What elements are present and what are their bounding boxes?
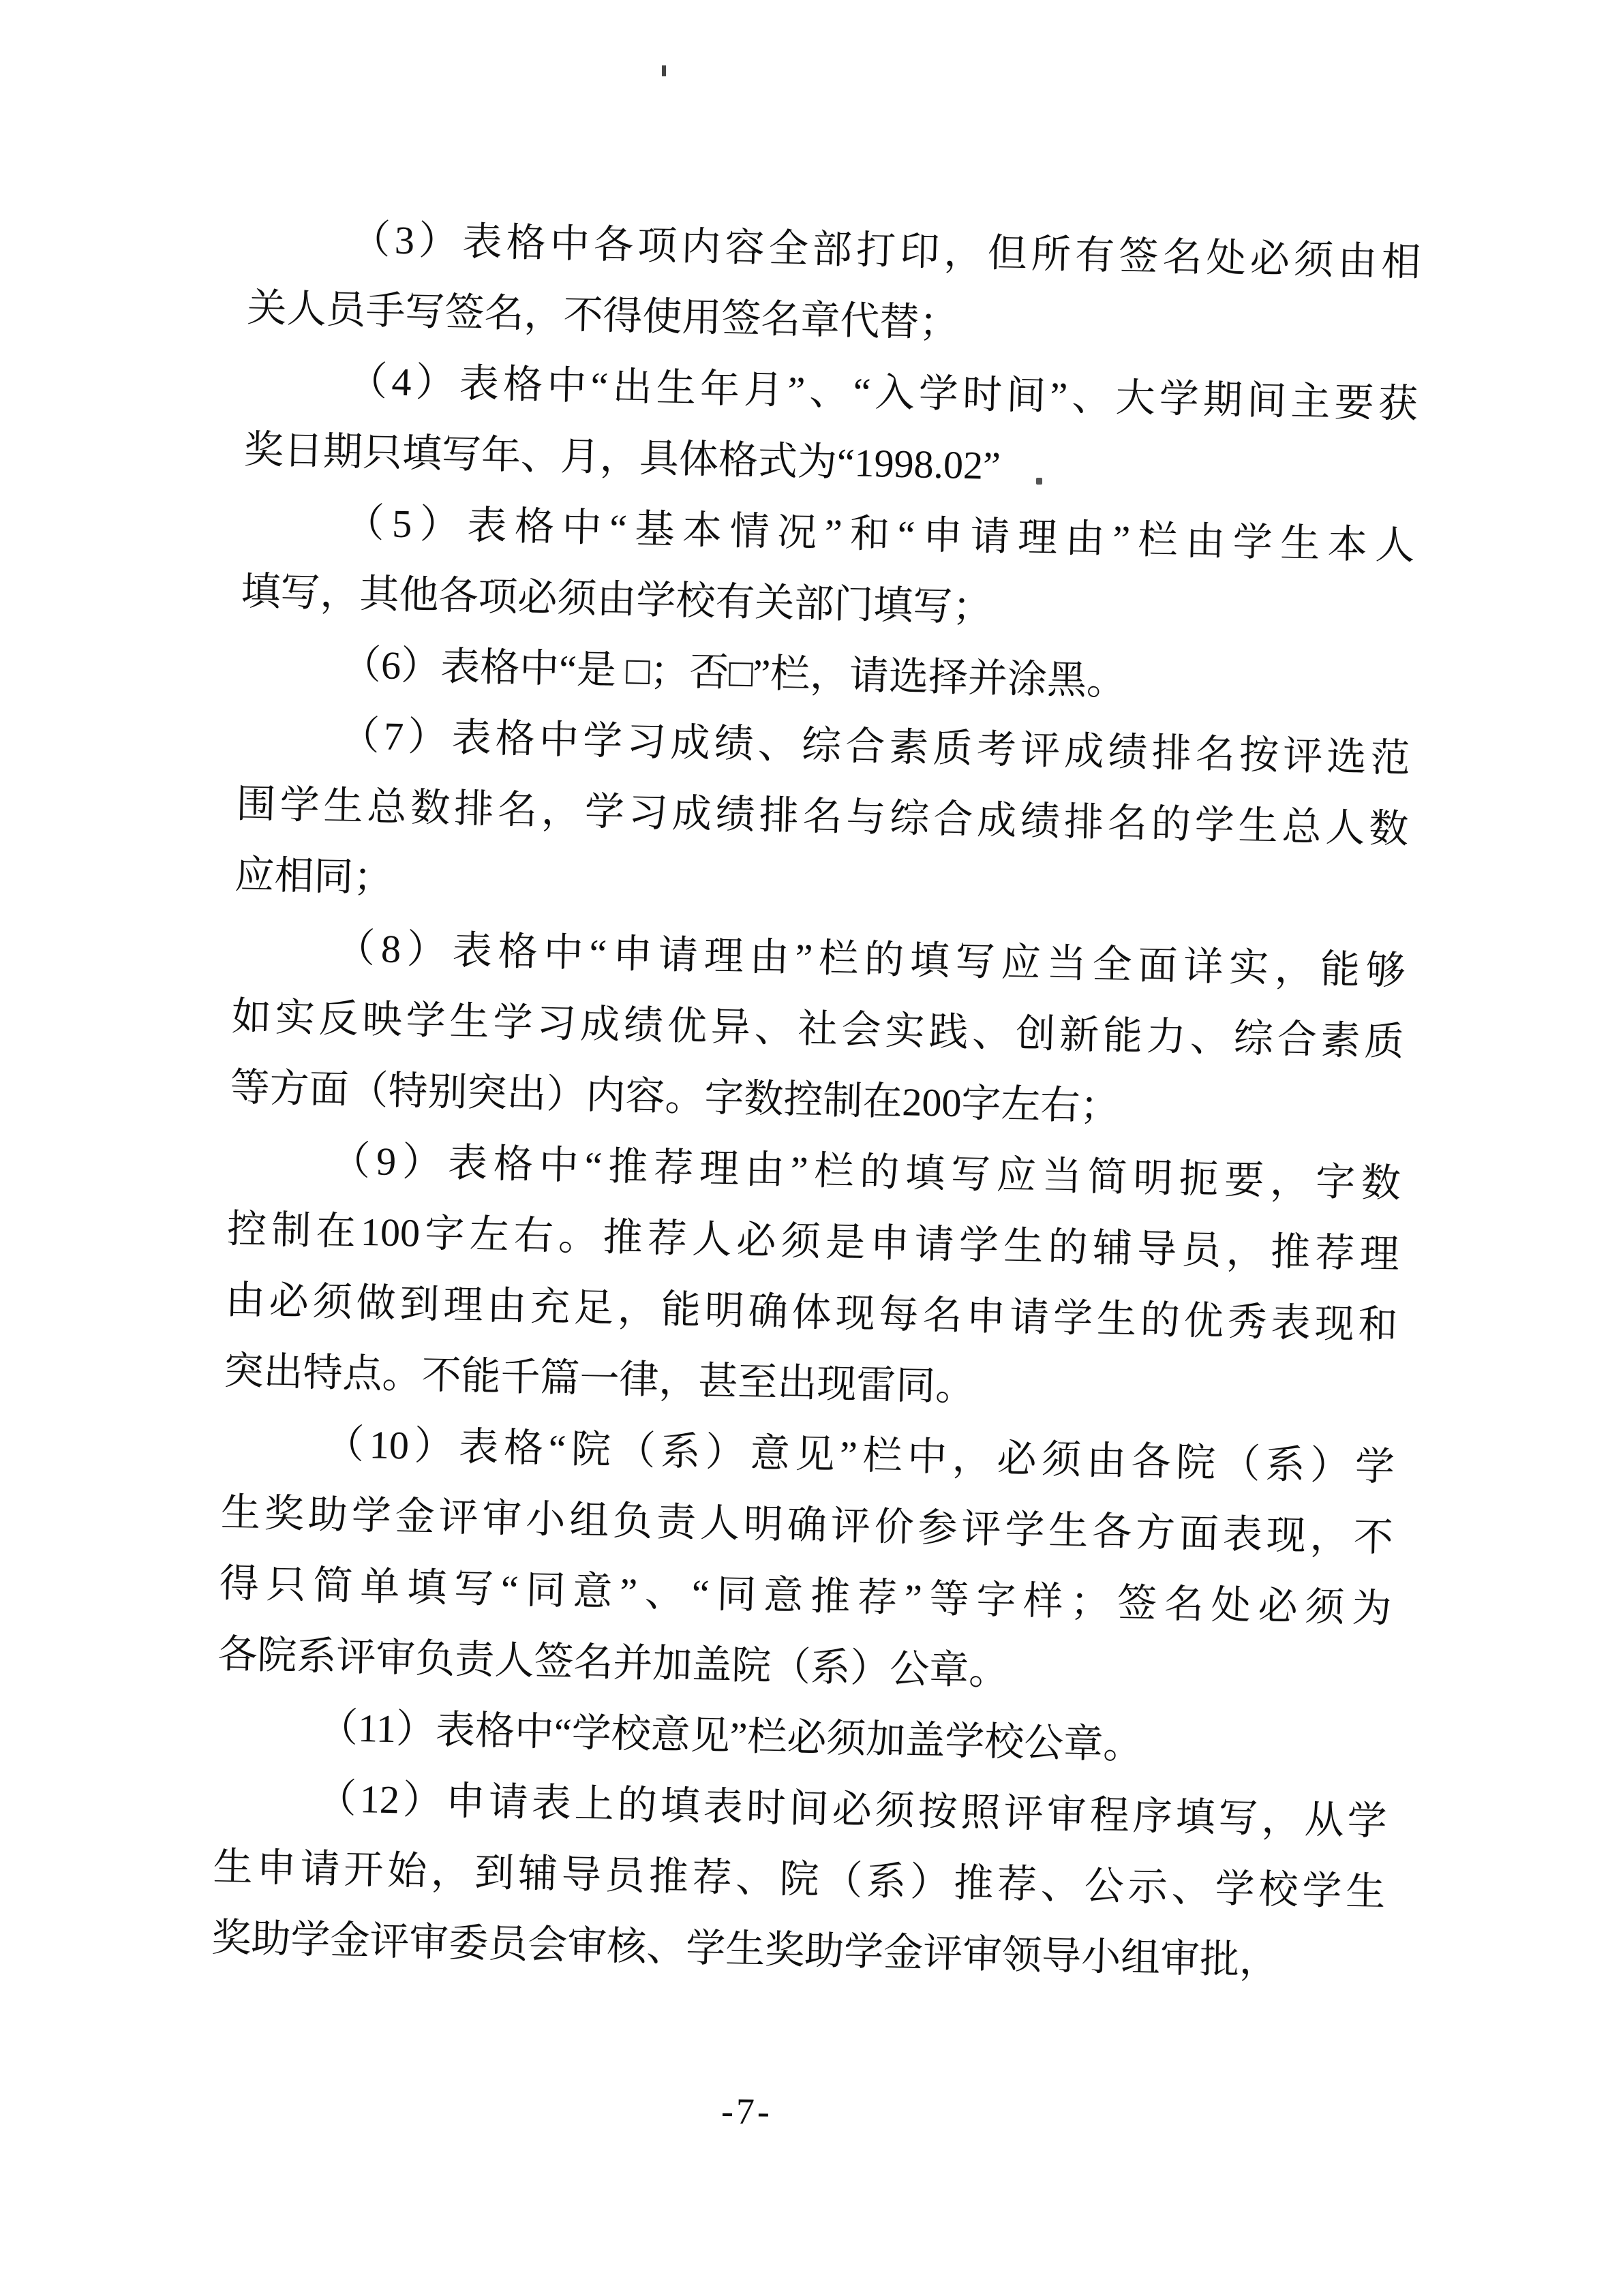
document-text: （3）表格中各项内容全部打印，但所有签名处必须由相关人员手写签名，不得使用签名章… xyxy=(211,202,1421,1999)
document-page: （3）表格中各项内容全部打印，但所有签名处必须由相关人员手写签名，不得使用签名章… xyxy=(0,0,1623,2296)
page-number: -7- xyxy=(721,2091,773,2132)
scan-speck xyxy=(662,65,666,76)
